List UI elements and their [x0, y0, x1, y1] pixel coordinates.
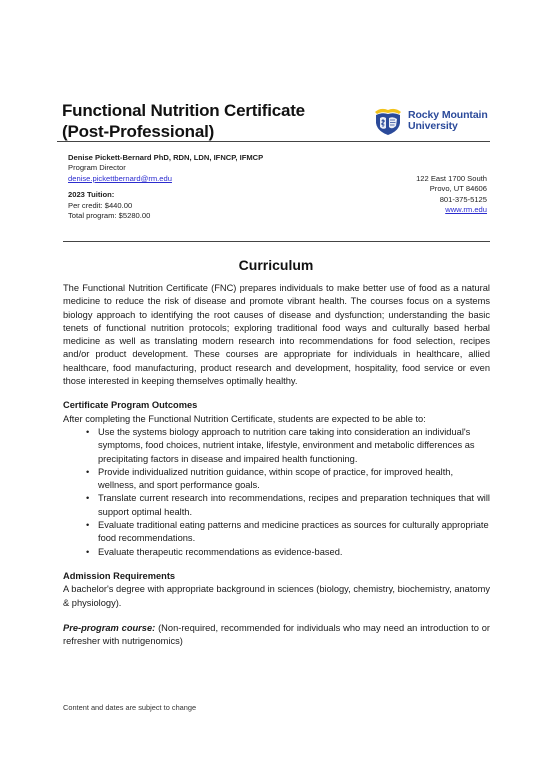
- outcomes-lead: After completing the Functional Nutritio…: [63, 413, 490, 426]
- bullet-icon: •: [86, 426, 89, 439]
- address-line-1: 122 East 1700 South: [416, 174, 487, 184]
- admission-text: A bachelor's degree with appropriate bac…: [63, 583, 490, 610]
- outcomes-title: Certificate Program Outcomes: [63, 399, 490, 412]
- website-link[interactable]: www.rm.edu: [445, 205, 487, 214]
- rmu-shield-logo-icon: [372, 106, 404, 136]
- list-item: •Provide individualized nutrition guidan…: [63, 466, 490, 493]
- list-item: •Use the systems biology approach to nut…: [63, 426, 490, 466]
- logo-wordmark: Rocky Mountain University: [408, 110, 488, 133]
- address-line-2: Provo, UT 84606: [416, 184, 487, 194]
- bullet-icon: •: [86, 546, 89, 559]
- curriculum-body: The Functional Nutrition Certificate (FN…: [63, 282, 490, 648]
- director-role: Program Director: [68, 163, 263, 173]
- university-logo: Rocky Mountain University: [372, 106, 497, 136]
- logo-line-2: University: [408, 121, 488, 133]
- outcomes-list: •Use the systems biology approach to nut…: [63, 426, 490, 559]
- document-title: Functional Nutrition Certificate (Post-P…: [62, 100, 362, 142]
- director-name: Denise Pickett-Bernard PhD, RDN, LDN, IF…: [68, 153, 263, 163]
- document-page: Functional Nutrition Certificate (Post-P…: [0, 0, 550, 777]
- preprogram-paragraph: Pre-program course: (Non-required, recom…: [63, 622, 490, 649]
- footer-note: Content and dates are subject to change: [63, 703, 196, 712]
- admission-title: Admission Requirements: [63, 570, 490, 583]
- university-address: 122 East 1700 South Provo, UT 84606 801-…: [416, 174, 487, 216]
- title-line-2: (Post-Professional): [62, 121, 362, 142]
- bullet-icon: •: [86, 466, 89, 479]
- bullet-icon: •: [86, 492, 89, 505]
- tuition-total: Total program: $5280.00: [68, 211, 263, 221]
- title-line-1: Functional Nutrition Certificate: [62, 100, 362, 121]
- director-contact: Denise Pickett-Bernard PhD, RDN, LDN, IF…: [68, 153, 263, 221]
- list-item: •Translate current research into recomme…: [63, 492, 490, 519]
- preprogram-label: Pre-program course:: [63, 623, 155, 633]
- contact-divider: [63, 241, 490, 242]
- section-heading-curriculum: Curriculum: [62, 257, 490, 273]
- bullet-icon: •: [86, 519, 89, 532]
- director-email-link[interactable]: denise.pickettbernard@rm.edu: [68, 174, 172, 183]
- list-item: •Evaluate therapeutic recommendations as…: [63, 546, 490, 559]
- intro-paragraph: The Functional Nutrition Certificate (FN…: [63, 282, 490, 388]
- phone-number: 801-375-5125: [416, 195, 487, 205]
- tuition-per-credit: Per credit: $440.00: [68, 201, 263, 211]
- tuition-label: 2023 Tuition:: [68, 190, 263, 200]
- header-divider: [57, 141, 490, 142]
- list-item: •Evaluate traditional eating patterns an…: [63, 519, 490, 546]
